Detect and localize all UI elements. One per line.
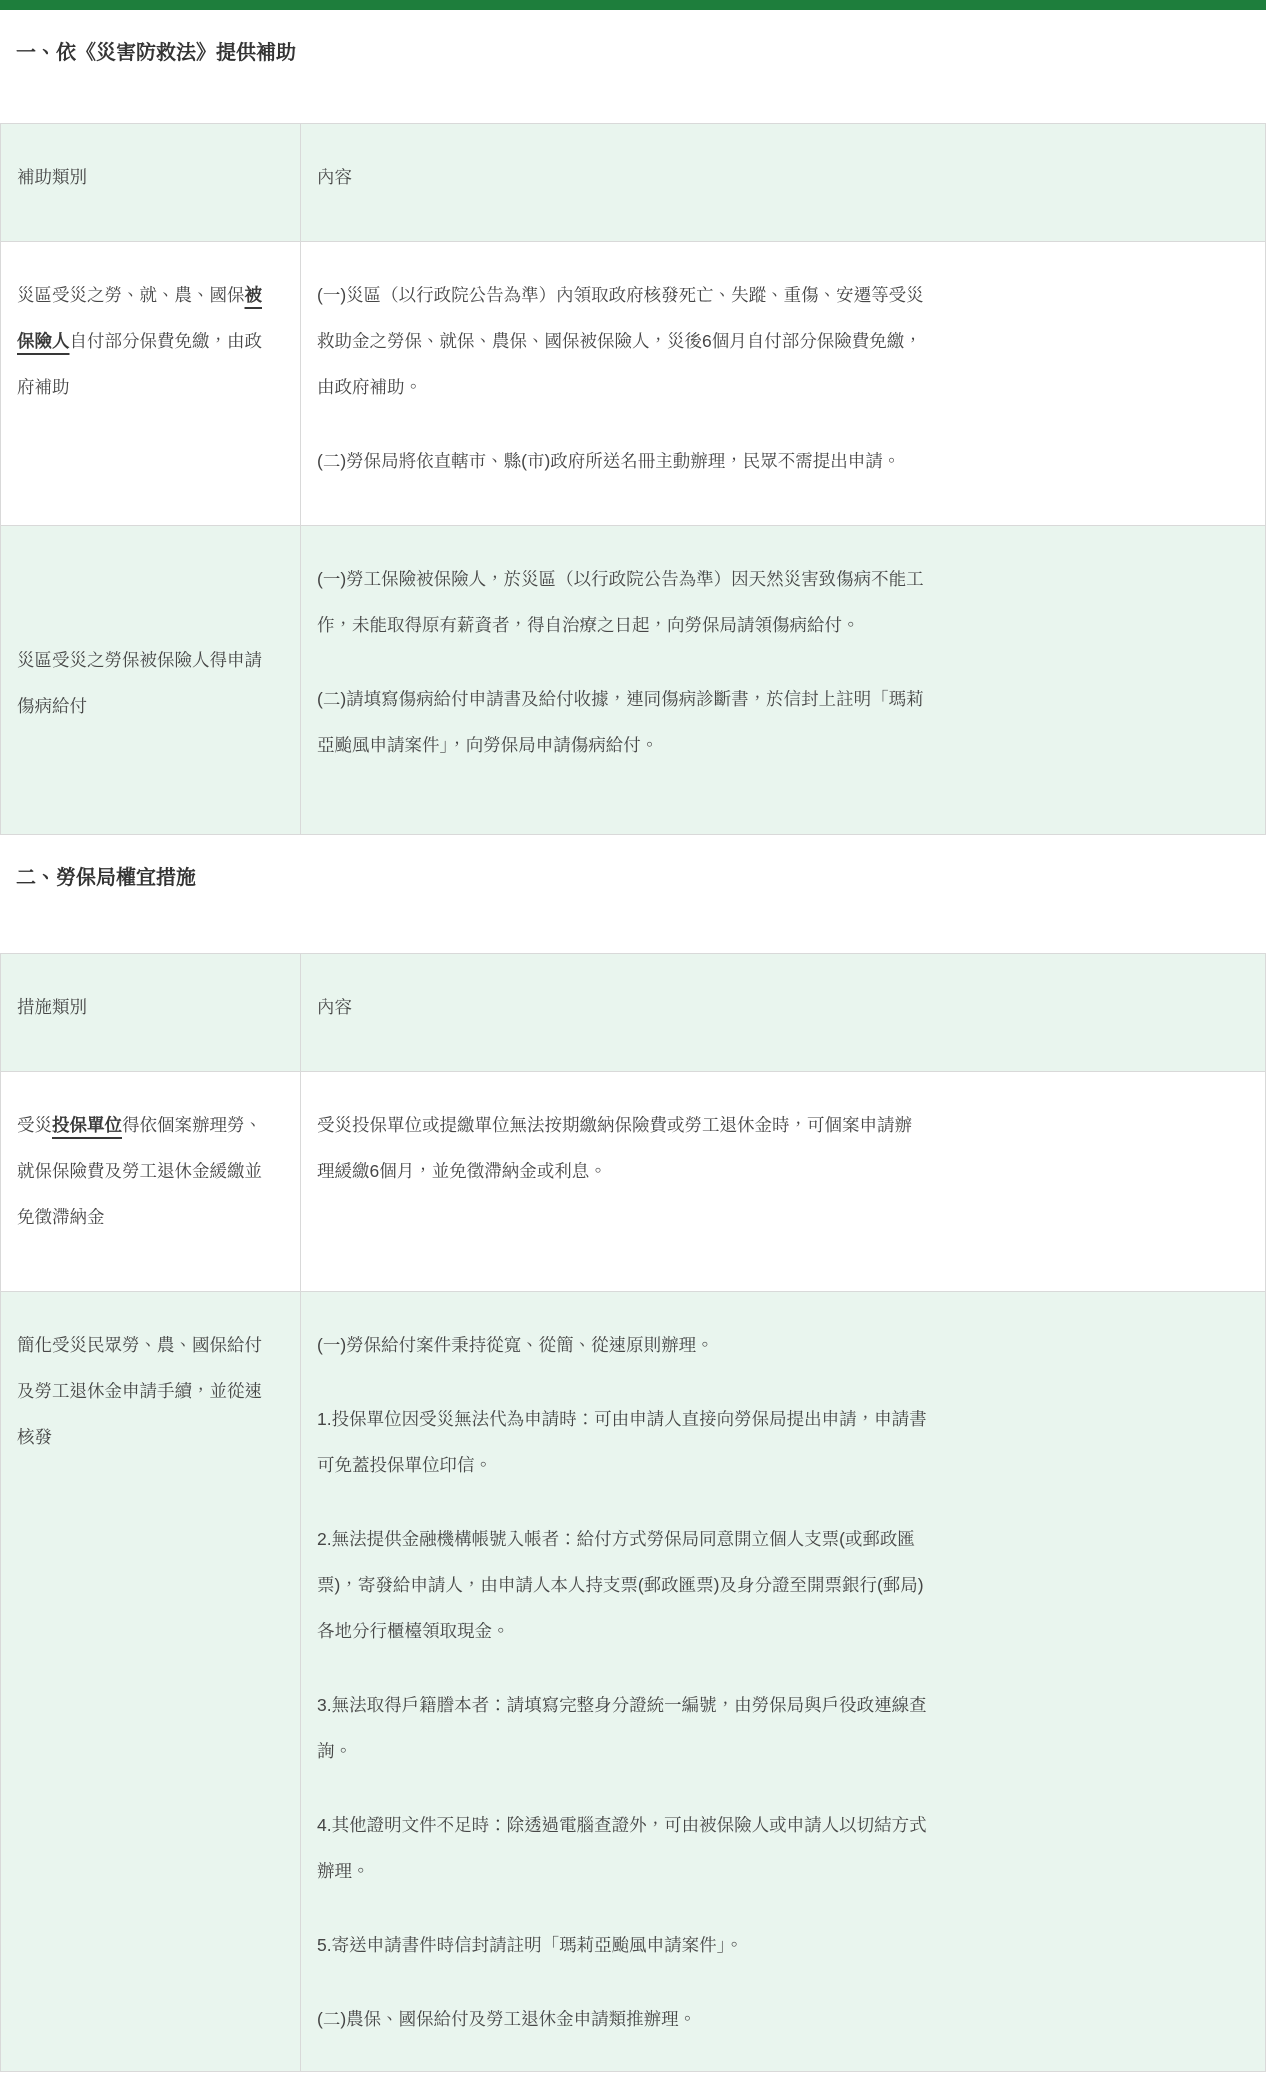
column-header-subsidy-content: 內容: [301, 124, 1266, 242]
column-header-subsidy-category: 補助類別: [1, 124, 301, 242]
category-text-prefix: 災區受災之勞保被保險人得申請傷病給付: [17, 650, 262, 716]
category-text-prefix: 災區受災之勞、就、農、國保: [17, 285, 245, 305]
emphasized-term: 投保單位: [52, 1115, 122, 1135]
top-accent-bar: [0, 0, 1266, 10]
category-cell: 災區受災之勞保被保險人得申請傷病給付: [1, 526, 301, 835]
section-title-subsidies: 一、依《災害防救法》提供補助: [0, 10, 1266, 123]
section-bureau-expedient-measures: 二、勞保局權宜措施 措施類別 內容 受災投保單位得依個案辦理勞、就保保險費及勞工…: [0, 835, 1266, 2072]
table-row: 受災投保單位得依個案辦理勞、就保保險費及勞工退休金緩繳並免徵滯納金 受災投保單位…: [1, 1072, 1266, 1292]
content-cell: (一)勞工保險被保險人，於災區（以行政院公告為準）因天然災害致傷病不能工作，未能…: [301, 526, 1266, 835]
content-paragraph: (一)災區（以行政院公告為準）內領取政府核發死亡、失蹤、重傷、安遷等受災救助金之…: [317, 272, 929, 410]
page: 一、依《災害防救法》提供補助 補助類別 內容 災區受災之勞、就、農、國保被保險人…: [0, 0, 1266, 2072]
category-text: 受災投保單位得依個案辦理勞、就保保險費及勞工退休金緩繳並免徵滯納金: [17, 1102, 265, 1240]
category-text: 災區受災之勞、就、農、國保被保險人自付部分保費免繳，由政府補助: [17, 272, 265, 410]
category-text: 簡化受災民眾勞、農、國保給付及勞工退休金申請手續，並從速核發: [17, 1322, 265, 1460]
section-title-measures: 二、勞保局權宜措施: [0, 835, 1266, 953]
subsidy-table-header-row: 補助類別 內容: [1, 124, 1266, 242]
section-disaster-relief-subsidies: 一、依《災害防救法》提供補助 補助類別 內容 災區受災之勞、就、農、國保被保險人…: [0, 10, 1266, 835]
subsidy-table: 補助類別 內容 災區受災之勞、就、農、國保被保險人自付部分保費免繳，由政府補助 …: [0, 123, 1266, 835]
content-paragraph: (二)農保、國保給付及勞工退休金申請類推辦理。: [317, 1996, 929, 2042]
content-paragraph: (一)勞工保險被保險人，於災區（以行政院公告為準）因天然災害致傷病不能工作，未能…: [317, 556, 929, 648]
content-paragraph: (二)勞保局將依直轄市、縣(市)政府所送名冊主動辦理，民眾不需提出申請。: [317, 438, 929, 484]
table-row: 災區受災之勞、就、農、國保被保險人自付部分保費免繳，由政府補助 (一)災區（以行…: [1, 242, 1266, 526]
category-cell: 簡化受災民眾勞、農、國保給付及勞工退休金申請手續，並從速核發: [1, 1292, 301, 2072]
column-header-measure-content: 內容: [301, 954, 1266, 1072]
content-paragraph: (二)請填寫傷病給付申請書及給付收據，連同傷病診斷書，於信封上註明「瑪莉亞颱風申…: [317, 676, 929, 768]
column-header-measure-category: 措施類別: [1, 954, 301, 1072]
content-paragraph: 受災投保單位或提繳單位無法按期繳納保險費或勞工退休金時，可個案申請辦理緩繳6個月…: [317, 1102, 929, 1194]
content-paragraph: 2.無法提供金融機構帳號入帳者：給付方式勞保局同意開立個人支票(或郵政匯票)，寄…: [317, 1516, 929, 1654]
measures-table: 措施類別 內容 受災投保單位得依個案辦理勞、就保保險費及勞工退休金緩繳並免徵滯納…: [0, 953, 1266, 2072]
category-text: 災區受災之勞保被保險人得申請傷病給付: [17, 637, 265, 729]
category-cell: 災區受災之勞、就、農、國保被保險人自付部分保費免繳，由政府補助: [1, 242, 301, 526]
measures-table-header-row: 措施類別 內容: [1, 954, 1266, 1072]
content-paragraph: 4.其他證明文件不足時：除透過電腦查證外，可由被保險人或申請人以切結方式辦理。: [317, 1802, 929, 1894]
category-cell: 受災投保單位得依個案辦理勞、就保保險費及勞工退休金緩繳並免徵滯納金: [1, 1072, 301, 1292]
category-text-prefix: 受災: [17, 1115, 52, 1135]
content-paragraph: 3.無法取得戶籍謄本者：請填寫完整身分證統一編號，由勞保局與戶役政連線查詢。: [317, 1682, 929, 1774]
table-row: 簡化受災民眾勞、農、國保給付及勞工退休金申請手續，並從速核發 (一)勞保給付案件…: [1, 1292, 1266, 2072]
content-paragraph: 1.投保單位因受災無法代為申請時：可由申請人直接向勞保局提出申請，申請書可免蓋投…: [317, 1396, 929, 1488]
category-text-prefix: 簡化受災民眾勞、農、國保給付及勞工退休金申請手續，並從速核發: [17, 1335, 262, 1447]
content-cell: (一)災區（以行政院公告為準）內領取政府核發死亡、失蹤、重傷、安遷等受災救助金之…: [301, 242, 1266, 526]
content-cell: (一)勞保給付案件秉持從寬、從簡、從速原則辦理。 1.投保單位因受災無法代為申請…: [301, 1292, 1266, 2072]
content-paragraph: 5.寄送申請書件時信封請註明「瑪莉亞颱風申請案件」。: [317, 1922, 929, 1968]
content-paragraph: (一)勞保給付案件秉持從寬、從簡、從速原則辦理。: [317, 1322, 929, 1368]
table-row: 災區受災之勞保被保險人得申請傷病給付 (一)勞工保險被保險人，於災區（以行政院公…: [1, 526, 1266, 835]
content-cell: 受災投保單位或提繳單位無法按期繳納保險費或勞工退休金時，可個案申請辦理緩繳6個月…: [301, 1072, 1266, 1292]
